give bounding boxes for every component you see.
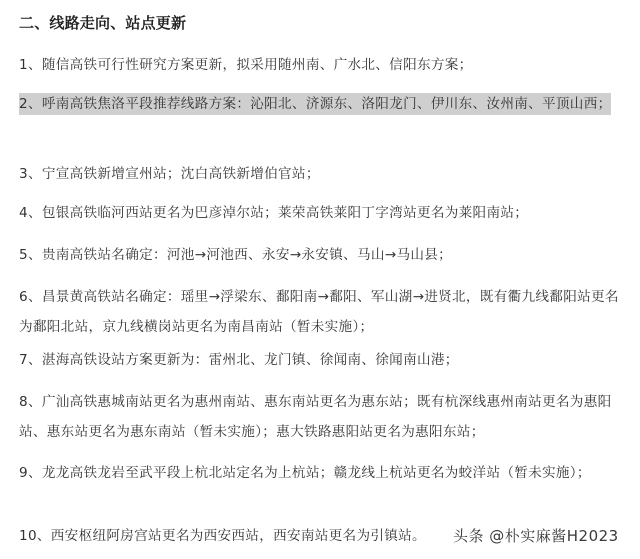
list-item-8: 8、广汕高铁惠城南站更名为惠州南站、惠东南站更名为惠东站；既有杭深线惠州南站更名… bbox=[19, 387, 623, 447]
list-item-1: 1、随信高铁可行性研究方案更新，拟采用随州南、广水北、信阳东方案； bbox=[19, 50, 623, 80]
item-text: 5、贵南高铁站名确定：河池→河池西、永安→永安镇、马山→马山县； bbox=[19, 247, 452, 263]
item-text: 4、包银高铁临河西站更名为巴彦淖尔站；莱荣高铁莱阳丁字湾站更名为莱阳南站； bbox=[19, 205, 528, 221]
watermark: 头条 @朴实麻酱H2023 bbox=[453, 525, 619, 546]
item-text: 8、广汕高铁惠城南站更名为惠州南站、惠东南站更名为惠东站；既有杭深线惠州南站更名… bbox=[19, 394, 611, 440]
item-text: 7、湛海高铁设站方案更新为：雷州北、龙门镇、徐闻南、徐闻南山港； bbox=[19, 352, 459, 368]
list-item-2-highlighted[interactable]: 2、呼南高铁焦洛平段推荐线路方案：沁阳北、济源东、洛阳龙门、伊川东、汝州南、平顶… bbox=[19, 89, 623, 119]
list-item-9: 9、龙龙高铁龙岩至武平段上杭北站定名为上杭站；赣龙线上杭站更名为蛟洋站（暂未实施… bbox=[19, 458, 623, 488]
item-text-selected[interactable]: 2、呼南高铁焦洛平段推荐线路方案：沁阳北、济源东、洛阳龙门、伊川东、汝州南、平顶… bbox=[19, 93, 611, 115]
item-text: 3、宁宣高铁新增宣州站；沈白高铁新增伯官站； bbox=[19, 166, 320, 182]
list-item-5: 5、贵南高铁站名确定：河池→河池西、永安→永安镇、马山→马山县； bbox=[19, 240, 623, 270]
item-text: 6、昌景黄高铁站名确定：瑶里→浮梁东、鄱阳南→鄱阳、军山湖→进贤北，既有衢九线鄱… bbox=[19, 289, 619, 335]
list-item-10: 10、西安枢纽阿房宫站更名为西安西站，西安南站更名为引镇站。 bbox=[19, 521, 449, 551]
item-text: 1、随信高铁可行性研究方案更新，拟采用随州南、广水北、信阳东方案； bbox=[19, 57, 473, 73]
item-text: 10、西安枢纽阿房宫站更名为西安西站，西安南站更名为引镇站。 bbox=[19, 528, 426, 544]
section-heading: 二、线路走向、站点更新 bbox=[19, 12, 186, 33]
list-item-4: 4、包银高铁临河西站更名为巴彦淖尔站；莱荣高铁莱阳丁字湾站更名为莱阳南站； bbox=[19, 198, 623, 228]
list-item-3: 3、宁宣高铁新增宣州站；沈白高铁新增伯官站； bbox=[19, 159, 623, 189]
list-item-7: 7、湛海高铁设站方案更新为：雷州北、龙门镇、徐闻南、徐闻南山港； bbox=[19, 345, 623, 375]
item-text: 9、龙龙高铁龙岩至武平段上杭北站定名为上杭站；赣龙线上杭站更名为蛟洋站（暂未实施… bbox=[19, 465, 591, 481]
list-item-6: 6、昌景黄高铁站名确定：瑶里→浮梁东、鄱阳南→鄱阳、军山湖→进贤北，既有衢九线鄱… bbox=[19, 282, 623, 342]
